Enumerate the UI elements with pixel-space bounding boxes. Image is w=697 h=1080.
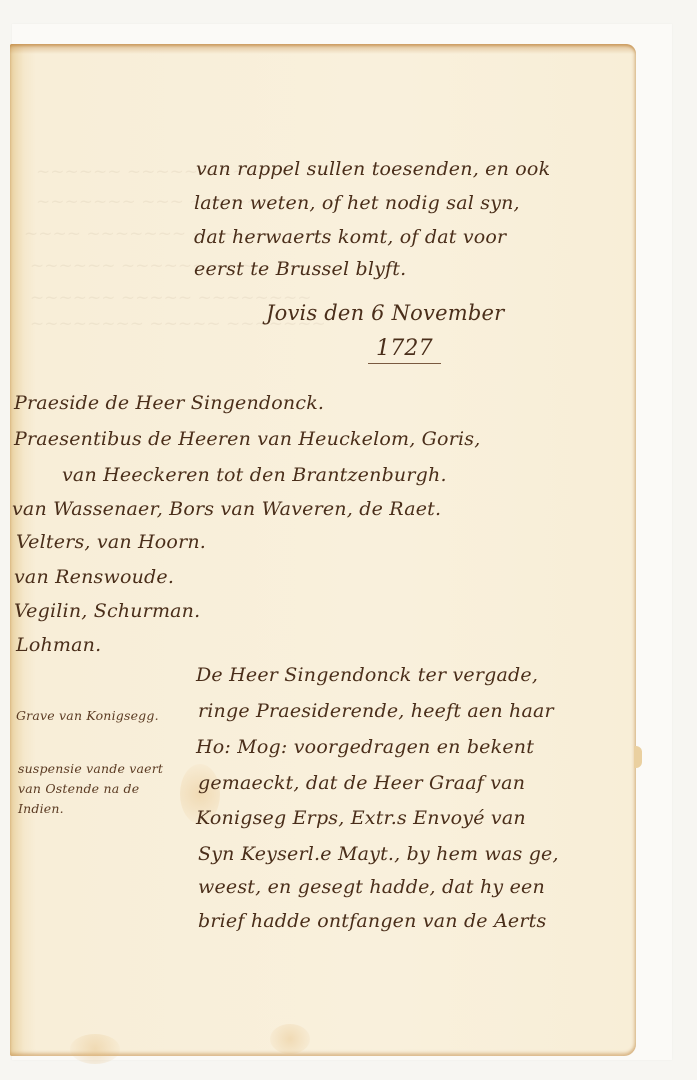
page-edge-tab [634,746,642,768]
margin-note-topic: van Ostende na de [18,781,139,796]
continuation-line: dat herwaerts komt, of dat voor [194,226,506,248]
paragraph-line: Ho: Mog: voorgedragen en bekent [196,736,534,758]
attendance-line: Praesentibus de Heeren van Heuckelom, Go… [14,428,480,450]
margin-note-topic: suspensie vande vaert [18,761,163,776]
margin-note-topic: Indien. [18,801,64,816]
paragraph-line: brief hadde ontfangen van de Aerts [198,910,546,932]
attendance-line: Vegilin, Schurman. [14,600,200,622]
margin-note-subject: Grave van Konigsegg. [16,708,159,723]
continuation-line: laten weten, of het nodig sal syn, [194,192,520,214]
paragraph-line: Syn Keyserl.e Mayt., by hem was ge, [198,843,559,865]
attendance-line: Lohman. [16,634,101,656]
attendance-line: van Renswoude. [14,566,174,588]
continuation-line: eerst te Brussel blyft. [194,258,406,280]
session-date: Jovis den 6 November [266,301,504,325]
paragraph-line: weest, en gesegt hadde, dat hy een [198,876,545,898]
paragraph-line: Konigseg Erps, Extr.s Envoyé van [196,807,526,829]
paragraph-line: De Heer Singendonck ter vergade, [196,664,538,686]
attendance-line: van Heeckeren tot den Brantzenburgh. [62,464,447,486]
attendance-line: Velters, van Hoorn. [16,531,206,553]
paragraph-line: gemaeckt, dat de Heer Graaf van [198,772,525,794]
attendance-line: van Wassenaer, Bors van Waveren, de Raet… [12,498,441,520]
continuation-line: van rappel sullen toesenden, en ook [196,158,550,180]
paragraph-line: ringe Praesiderende, heeft aen haar [198,700,554,722]
session-year: 1727 [368,336,441,364]
paper-stain [270,1024,310,1054]
paper-stain [70,1034,120,1064]
attendance-line: Praeside de Heer Singendonck. [14,392,324,414]
